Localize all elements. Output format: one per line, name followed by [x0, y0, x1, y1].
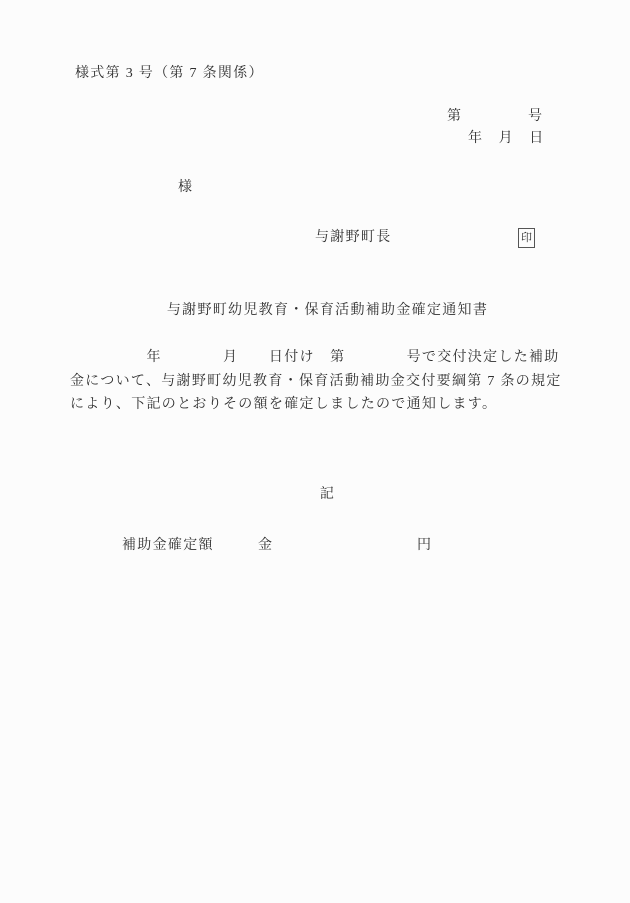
body-line-1: 年 月 日付け 第 号で交付決定した補助 — [70, 346, 562, 370]
body-paragraph: 年 月 日付け 第 号で交付決定した補助 金について、与謝野町幼児教育・保育活動… — [70, 346, 562, 417]
addressee-honorific: 様 — [178, 180, 193, 196]
record-marker: 記 — [25, 487, 630, 503]
seal-box: 印 — [518, 228, 535, 248]
date-line: 年 月 日 — [468, 131, 545, 147]
document-title: 与謝野町幼児教育・保育活動補助金確定通知書 — [25, 303, 630, 319]
amount-label: 補助金確定額 — [122, 538, 214, 554]
body-line-3: により、下記のとおりその額を確定しましたので通知します。 — [70, 393, 562, 417]
body-line-2: 金について、与謝野町幼児教育・保育活動補助金交付要綱第 7 条の規定 — [70, 370, 562, 394]
amount-currency-prefix: 金 — [258, 538, 273, 554]
amount-currency-suffix: 円 — [417, 538, 432, 554]
doc-number-prefix: 第 — [447, 109, 462, 125]
document-page: 様式第 3 号（第 7 条関係） 第 号 年 月 日 様 与謝野町長 印 与謝野… — [0, 0, 630, 903]
form-number: 様式第 3 号（第 7 条関係） — [75, 66, 264, 82]
sender-title: 与謝野町長 — [315, 230, 392, 246]
seal-label: 印 — [521, 232, 532, 245]
doc-number-suffix: 号 — [528, 109, 543, 125]
amount-row: 補助金確定額 金 円 — [122, 538, 522, 558]
